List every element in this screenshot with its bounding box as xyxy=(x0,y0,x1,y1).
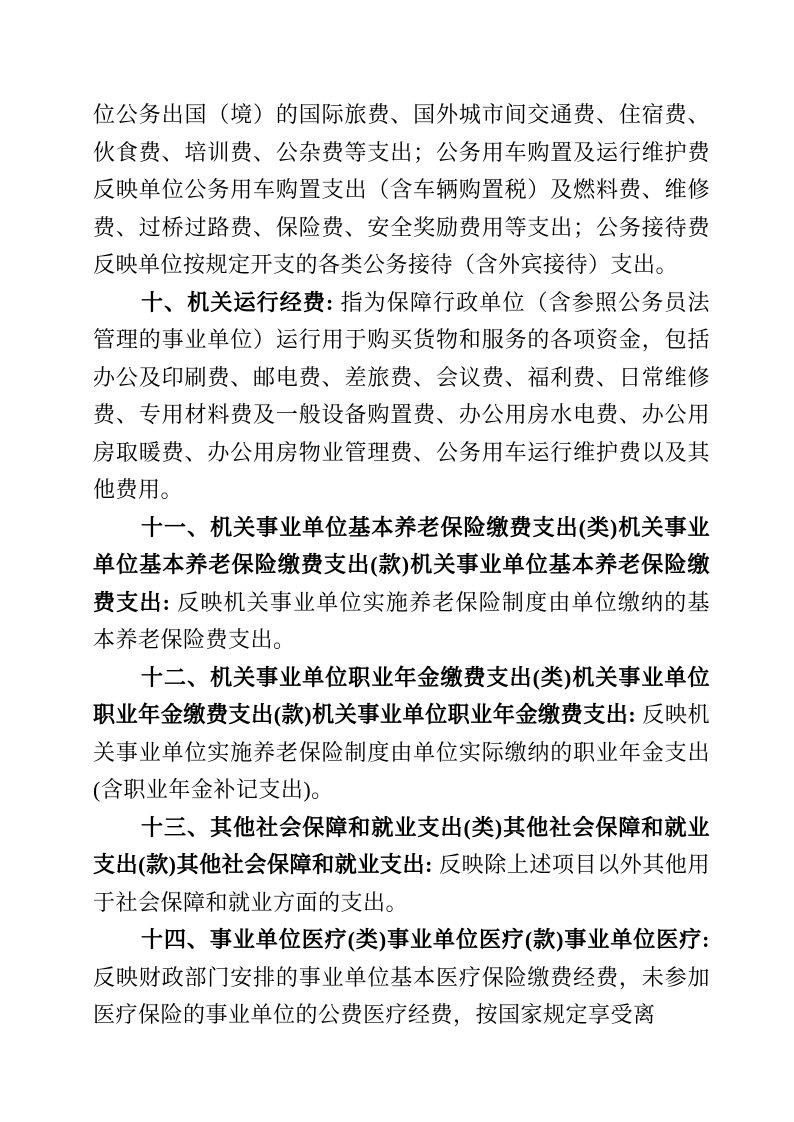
paragraph-item-10-agency-operating-expenses: 十、机关运行经费: 指为保障行政单位（含参照公务员法管理的事业单位）运行用于购买… xyxy=(93,284,710,509)
term-definition: 指为保障行政单位（含参照公务员法管理的事业单位）运行用于购买货物和服务的各项资金… xyxy=(93,290,710,503)
term-heading: 十四、事业单位医疗(类)事业单位医疗(款)事业单位医疗: xyxy=(141,927,710,952)
document-body: 位公务出国（境）的国际旅费、国外城市间交通费、住宿费、伙食费、培训费、公杂费等支… xyxy=(93,96,710,1034)
term-heading: 十二、机关事业单位职业年金缴费支出(类)机关事业单位职业年金缴费支出(款)机关事… xyxy=(93,665,710,728)
term-definition: 反映财政部门安排的事业单位基本医疗保险缴费经费，未参加医疗保险的事业单位的公费医… xyxy=(93,965,710,1028)
term-definition: 反映机关事业单位实施养老保险制度由单位缴纳的基本养老保险费支出。 xyxy=(93,590,710,653)
document-page: 位公务出国（境）的国际旅费、国外城市间交通费、住宿费、伙食费、培训费、公杂费等支… xyxy=(0,0,794,1122)
paragraph-item-13-other-social-security-employment: 十三、其他社会保障和就业支出(类)其他社会保障和就业支出(款)其他社会保障和就业… xyxy=(93,809,710,922)
term-definition: 位公务出国（境）的国际旅费、国外城市间交通费、住宿费、伙食费、培训费、公杂费等支… xyxy=(93,102,710,277)
term-heading: 十、机关运行经费: xyxy=(141,290,334,315)
paragraph-item-11-basic-pension-contribution: 十一、机关事业单位基本养老保险缴费支出(类)机关事业单位基本养老保险缴费支出(款… xyxy=(93,509,710,659)
paragraph-item-12-occupational-annuity-contribution: 十二、机关事业单位职业年金缴费支出(类)机关事业单位职业年金缴费支出(款)机关事… xyxy=(93,659,710,809)
paragraph-item-14-public-institution-medical: 十四、事业单位医疗(类)事业单位医疗(款)事业单位医疗: 反映财政部门安排的事业… xyxy=(93,921,710,1034)
paragraph-continuation: 位公务出国（境）的国际旅费、国外城市间交通费、住宿费、伙食费、培训费、公杂费等支… xyxy=(93,96,710,284)
